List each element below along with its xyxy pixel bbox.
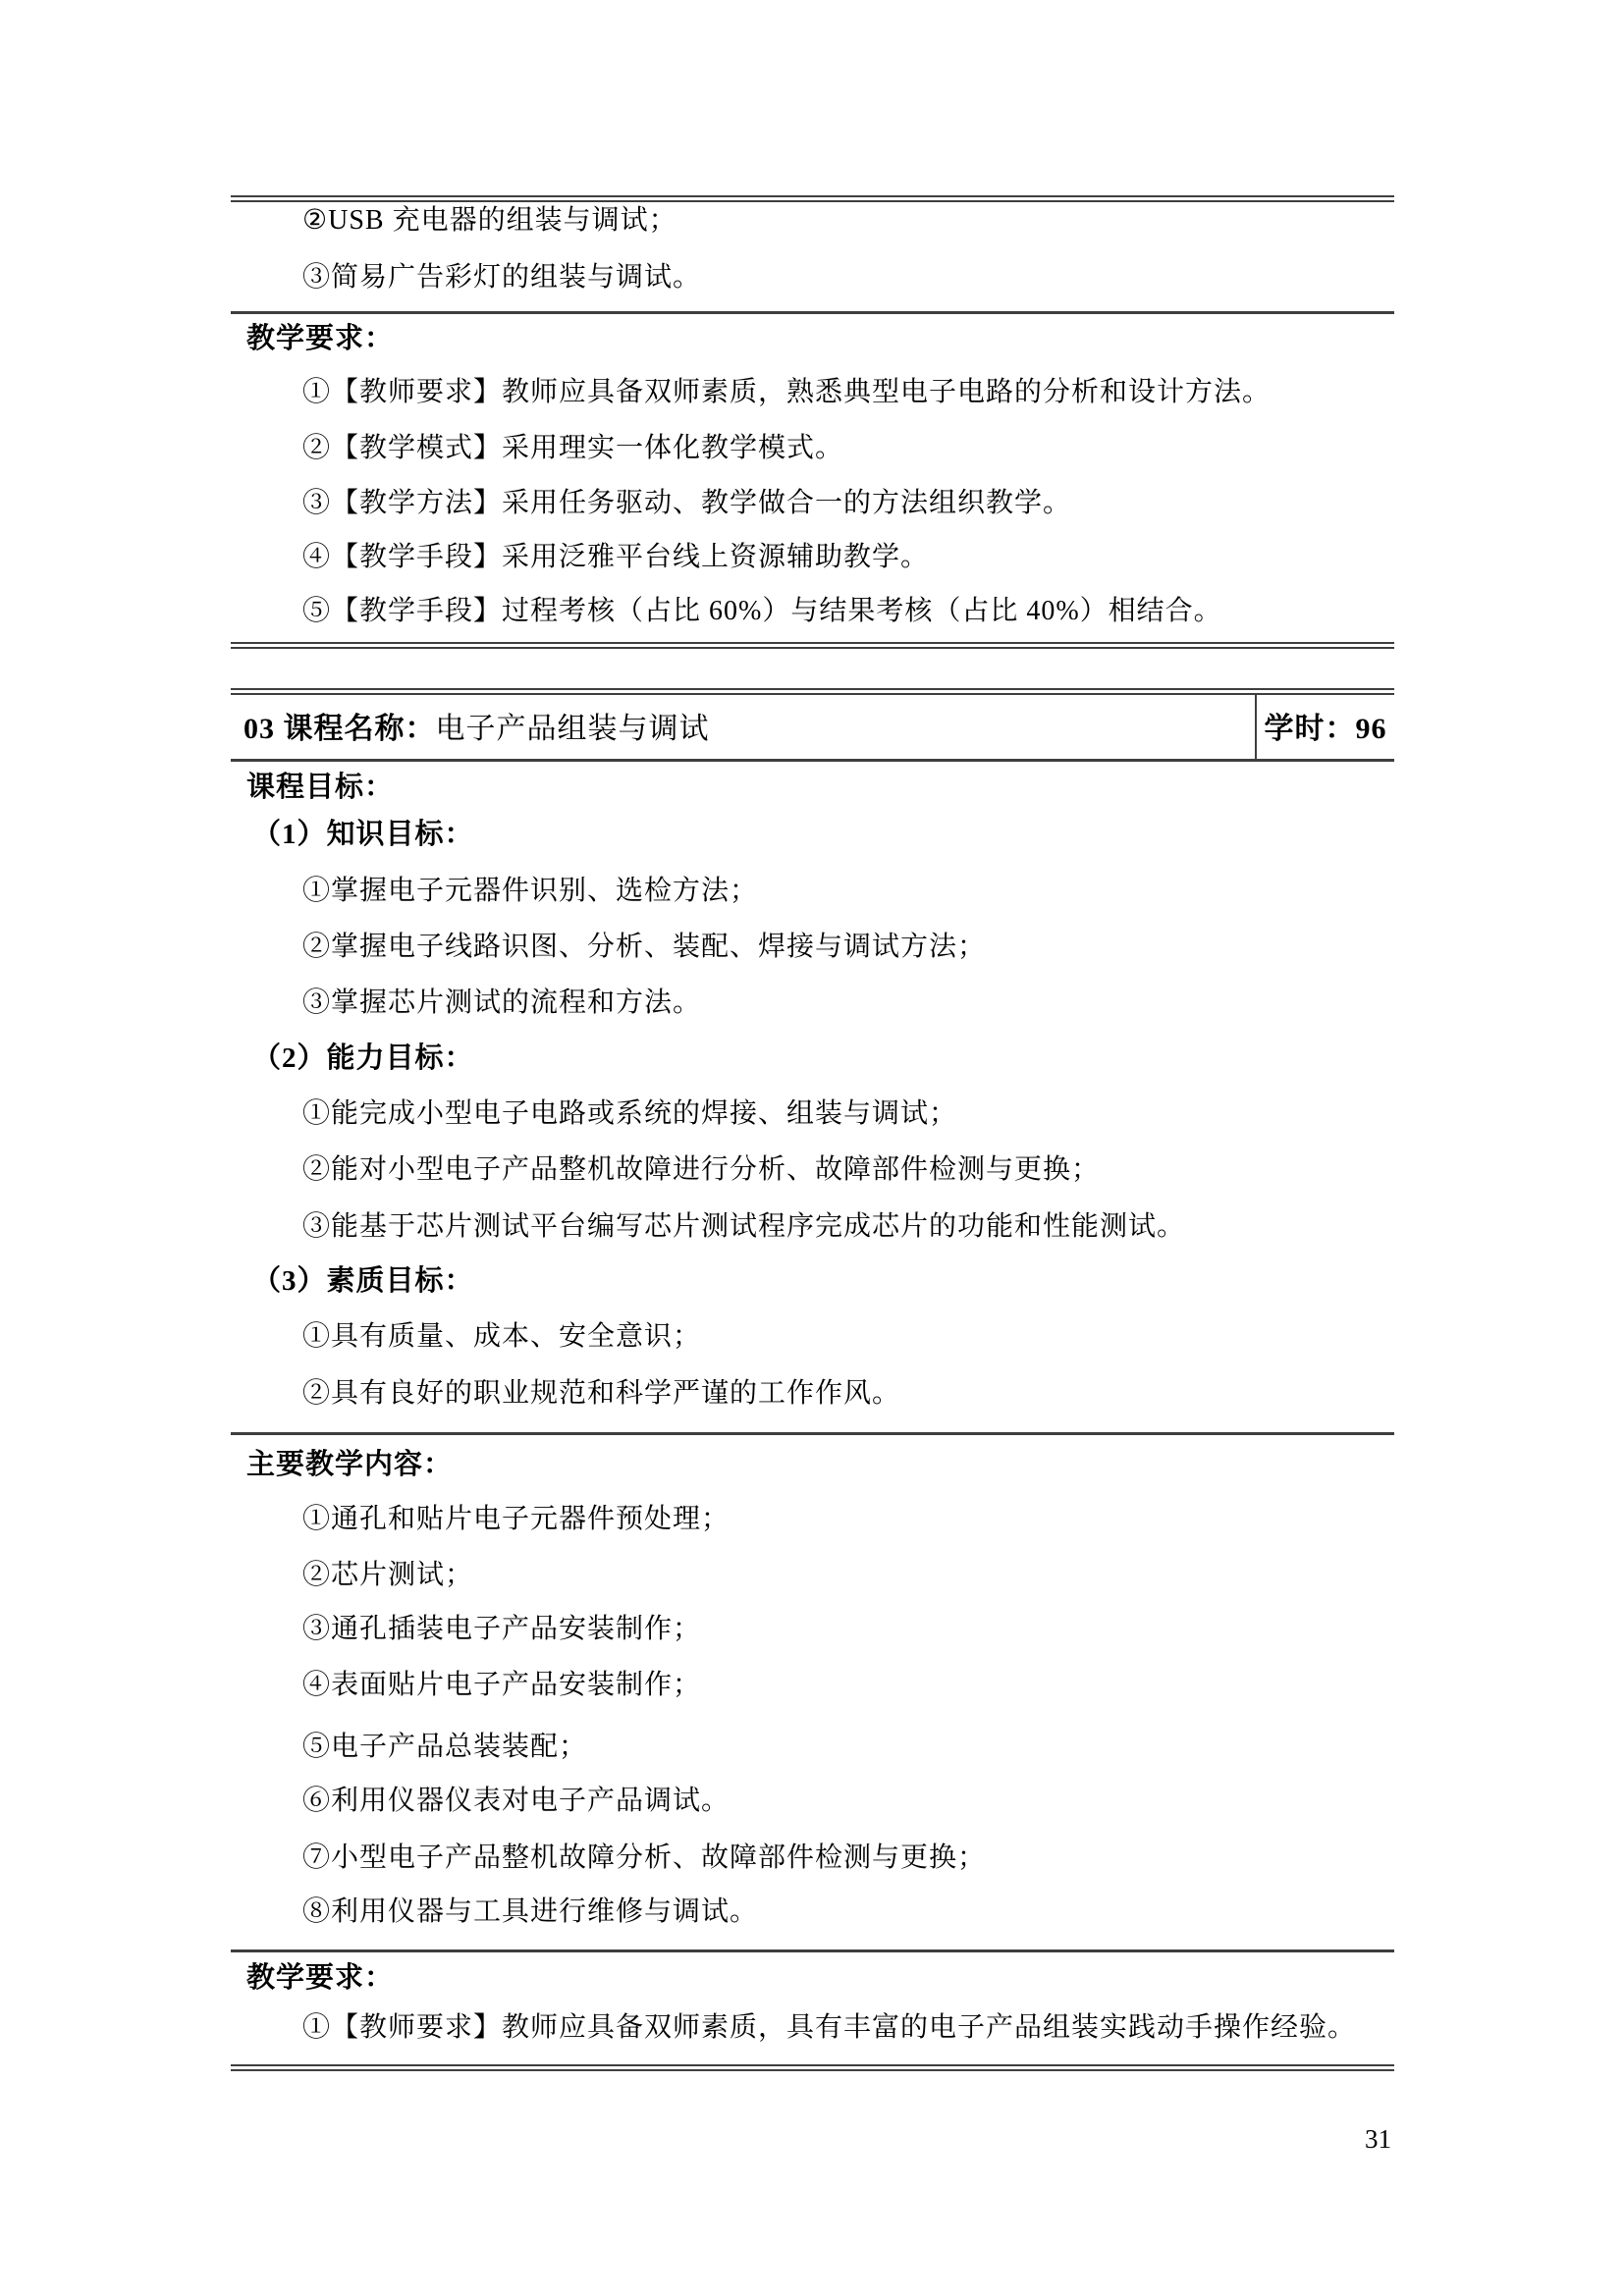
list-item: ⑤【教学手段】过程考核（占比 60%）与结果考核（占比 40%）相结合。 bbox=[231, 592, 1466, 631]
course-number-label: 03 课程名称： bbox=[244, 713, 436, 745]
list-item: ⑧利用仪器与工具进行维修与调试。 bbox=[231, 1893, 1466, 1932]
list-item: ④【教学手段】采用泛雅平台线上资源辅助教学。 bbox=[231, 538, 1466, 577]
subsection-heading-ability-objectives: （2）能力目标： bbox=[231, 1039, 1416, 1078]
table2-header-bottom-border bbox=[231, 759, 1394, 762]
list-item: ②具有良好的职业规范和科学严谨的工作作风。 bbox=[231, 1374, 1466, 1414]
section-heading-course-objectives: 课程目标： bbox=[231, 768, 1410, 807]
list-item: ③掌握芯片测试的流程和方法。 bbox=[231, 984, 1466, 1023]
table2-row-divider bbox=[231, 1949, 1394, 1952]
list-item: ①能完成小型电子电路或系统的焊接、组装与调试； bbox=[231, 1095, 1466, 1134]
list-item: ⑦小型电子产品整机故障分析、故障部件检测与更换； bbox=[231, 1839, 1466, 1878]
list-item: ③【教学方法】采用任务驱动、教学做合一的方法组织教学。 bbox=[231, 484, 1466, 523]
table1-bottom-border bbox=[231, 642, 1394, 649]
course-name-row: 03 课程名称：电子产品组装与调试 bbox=[231, 708, 1407, 751]
table1-row-divider bbox=[231, 311, 1394, 314]
list-item: ①通孔和贴片电子元器件预处理； bbox=[231, 1500, 1466, 1539]
document-page: ②USB 充电器的组装与调试； ③简易广告彩灯的组装与调试。 教学要求： ①【教… bbox=[0, 0, 1624, 2296]
list-item: ③通孔插装电子产品安装制作； bbox=[231, 1610, 1466, 1649]
list-item: ②【教学模式】采用理实一体化教学模式。 bbox=[231, 429, 1466, 468]
course-hours-cell: 学时：96 bbox=[1257, 708, 1394, 751]
list-item: ②能对小型电子产品整机故障进行分析、故障部件检测与更换； bbox=[231, 1150, 1466, 1190]
list-item: ①【教师要求】教师应具备双师素质，熟悉典型电子电路的分析和设计方法。 bbox=[231, 373, 1466, 412]
list-item: ②芯片测试； bbox=[231, 1556, 1466, 1595]
section-heading-teaching-requirements: 教学要求： bbox=[231, 319, 1410, 358]
table2-top-border bbox=[231, 688, 1394, 695]
table2-bottom-border bbox=[231, 2064, 1394, 2071]
list-item: ①具有质量、成本、安全意识； bbox=[231, 1317, 1466, 1357]
list-item: ③简易广告彩灯的组装与调试。 bbox=[231, 258, 1466, 297]
section-heading-main-teaching-content: 主要教学内容： bbox=[231, 1445, 1410, 1484]
list-item: ②USB 充电器的组装与调试； bbox=[231, 201, 1466, 240]
list-item: ③能基于芯片测试平台编写芯片测试程序完成芯片的功能和性能测试。 bbox=[231, 1207, 1466, 1247]
section-heading-teaching-requirements: 教学要求： bbox=[231, 1958, 1410, 1998]
table2-row-divider bbox=[231, 1432, 1394, 1435]
list-item: ②掌握电子线路识图、分析、装配、焊接与调试方法； bbox=[231, 928, 1466, 967]
list-item: ①掌握电子元器件识别、选检方法； bbox=[231, 872, 1466, 911]
course-name: 电子产品组装与调试 bbox=[436, 713, 710, 745]
list-item: ①【教师要求】教师应具备双师素质，具有丰富的电子产品组装实践动手操作经验。 bbox=[231, 2008, 1466, 2048]
list-item: ④表面贴片电子产品安装制作； bbox=[231, 1666, 1466, 1705]
subsection-heading-knowledge-objectives: （1）知识目标： bbox=[231, 815, 1416, 854]
subsection-heading-quality-objectives: （3）素质目标： bbox=[231, 1261, 1416, 1301]
page-number: 31 bbox=[1365, 2123, 1424, 2155]
list-item: ⑥利用仪器仪表对电子产品调试。 bbox=[231, 1782, 1466, 1821]
list-item: ⑤电子产品总装装配； bbox=[231, 1728, 1466, 1767]
